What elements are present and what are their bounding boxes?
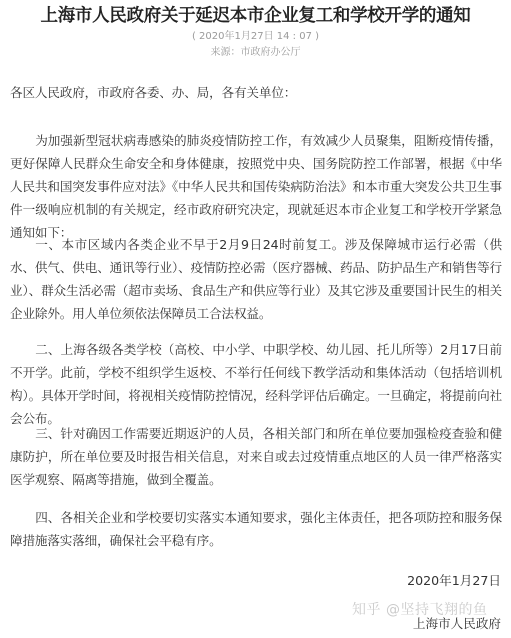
section-1-paragraph: 一、本市区域内各类企业不早于2月9日24时前复工。涉及保障城市运行必需（供水、供… [10,233,502,325]
section-4-paragraph: 四、各相关企业和学校要切实落实本通知要求，强化主体责任，把各项防控和服务保障措施… [10,506,502,552]
source-label: 来源：市政府办公厅 [0,46,511,60]
section-3-paragraph: 三、针对确因工作需要近期返沪的人员，各相关部门和所在单位要加强检疫查验和健康防护… [10,422,502,491]
intro-paragraph: 为加强新型冠状病毒感染的肺炎疫情防控工作，有效减少人员聚集，阻断疫情传播，更好保… [10,129,502,244]
signature-date: 2020年1月27日 [407,569,501,592]
section-2-paragraph: 二、上海各级各类学校（高校、中小学、中职学校、幼儿园、托儿所等）2月17日前不开… [10,338,502,430]
notice-title: 上海市人民政府关于延迟本市企业复工和学校开学的通知 [0,4,511,28]
salutation: 各区人民政府，市政府各委、办、局，各有关单位： [10,81,502,104]
publish-date: ( 2020年1月27日 14 : 07 ) [0,30,511,44]
signature-organization: 上海市人民政府 [413,612,501,635]
